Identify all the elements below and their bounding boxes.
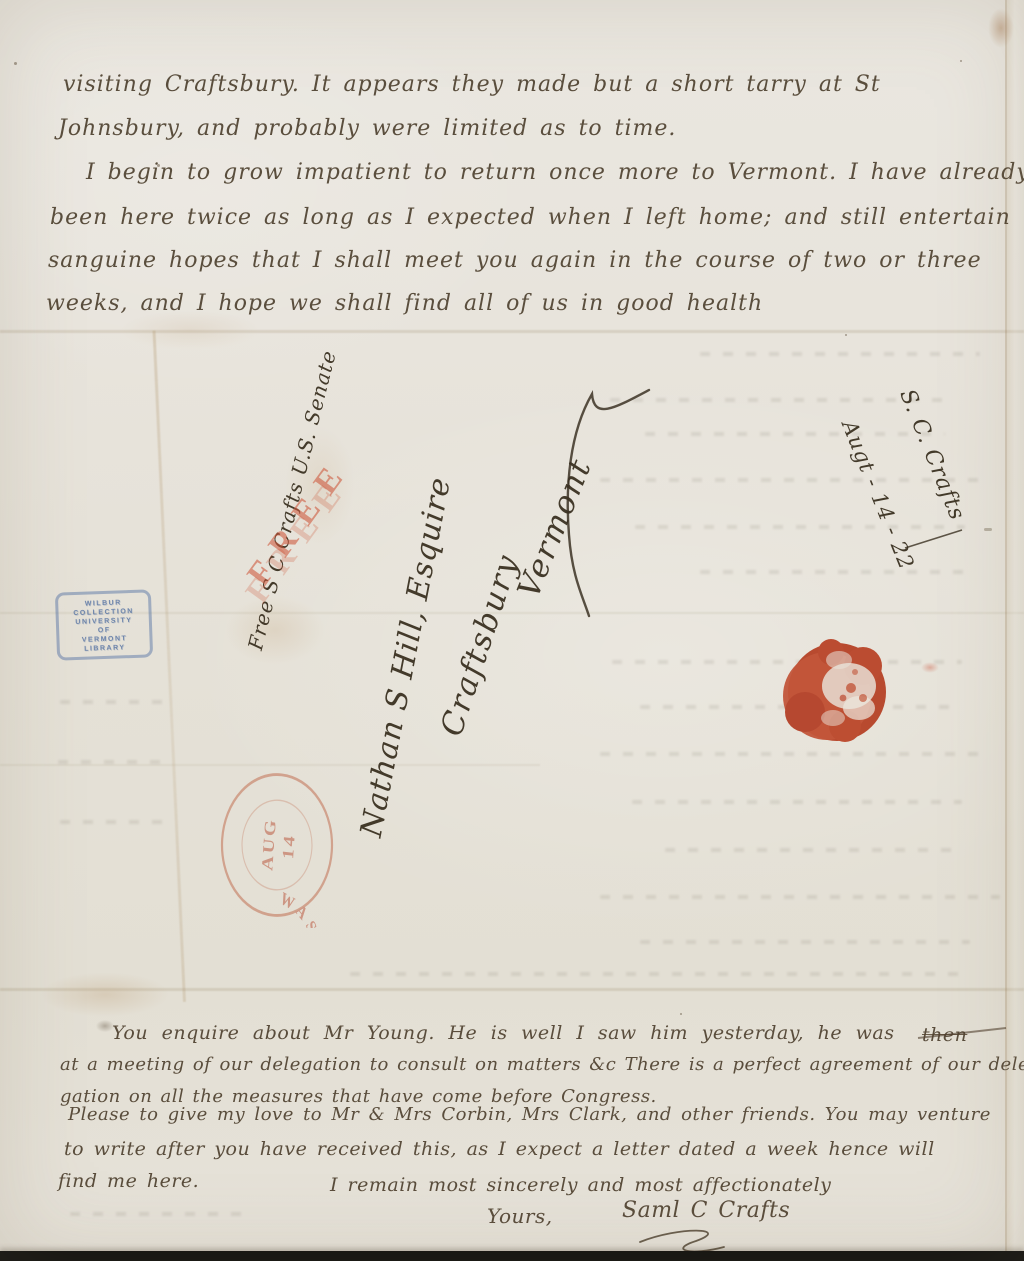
rotated-script-line: S. C. Crafts (894, 386, 969, 524)
postmark-day: 14 (279, 833, 298, 860)
rotated-script-line: Nathan S Hill, Esquire (354, 474, 458, 840)
postmark-stamp: WASH. CITY. D.C. AUG 14 (200, 762, 354, 928)
rotated-script-line: Craftsbury (434, 550, 527, 741)
rotated-script-line: Augt - 14 - 22 (837, 417, 919, 573)
scan-edge (0, 1251, 1024, 1261)
wax-seal (778, 634, 896, 746)
address-and-docket: Free S C Crafts U.S. SenateNathan S Hill… (0, 0, 1024, 1261)
letter-scan: visiting Craftsbury. It appears they mad… (0, 0, 1024, 1261)
rotated-script-line: Vermont (511, 453, 600, 603)
library-stamp: WILBUR COLLECTION UNIVERSITY OF VERMONT … (55, 589, 153, 660)
library-stamp-line: LIBRARY (60, 642, 150, 654)
postmark-month: AUG (258, 817, 279, 872)
